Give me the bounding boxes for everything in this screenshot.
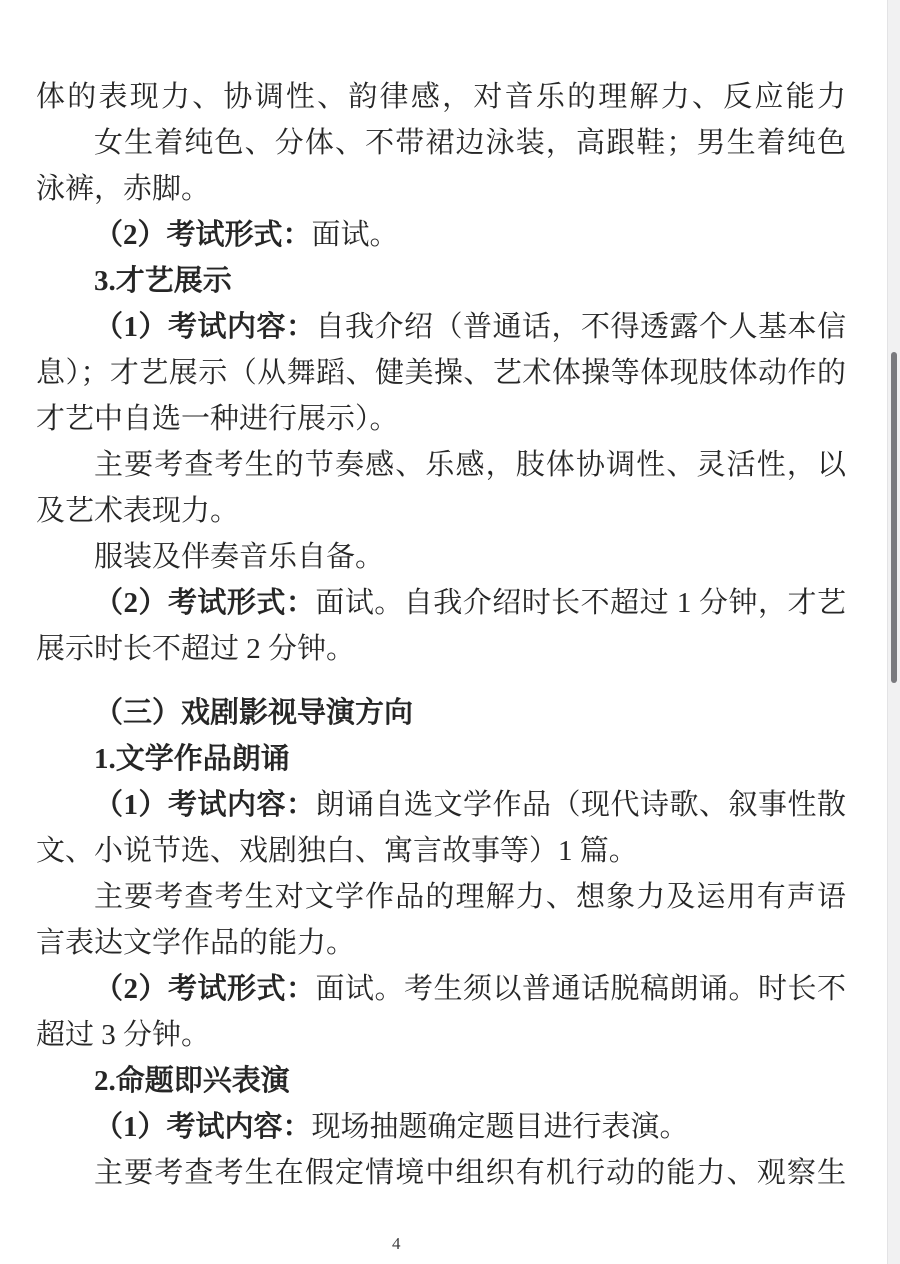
text-line: 及艺术表现力。 [36, 488, 846, 534]
text-line: 主要考查考生的节奏感、乐感，肢体协调性、灵活性，以 [36, 442, 846, 488]
line-bold-text: （三）戏剧影视导演方向 [94, 697, 413, 729]
line-bold-text: （1）考试内容： [94, 1111, 312, 1143]
text-line: 主要考查考生在假定情境中组织有机行动的能力、观察生 [36, 1150, 846, 1196]
text-line: 超过 3 分钟。 [36, 1012, 846, 1058]
document-text-column: 体的表现力、协调性、韵律感，对音乐的理解力、反应能力等。女生着纯色、分体、不带裙… [36, 74, 846, 1196]
line-text: 主要考查考生的节奏感、乐感，肢体协调性、灵活性，以 [94, 449, 846, 481]
document-page: 体的表现力、协调性、韵律感，对音乐的理解力、反应能力等。女生着纯色、分体、不带裙… [0, 0, 886, 1264]
vertical-scrollbar-thumb[interactable] [891, 352, 897, 683]
line-text: 文、小说节选、戏剧独白、寓言故事等）1 篇。 [36, 835, 638, 867]
line-text: 主要考查考生在假定情境中组织有机行动的能力、观察生 [94, 1157, 846, 1189]
line-bold-text: （2）考试形式： [94, 587, 315, 619]
line-text: 及艺术表现力。 [36, 495, 239, 527]
text-line: 文、小说节选、戏剧独白、寓言故事等）1 篇。 [36, 828, 846, 874]
text-line: 主要考查考生对文学作品的理解力、想象力及运用有声语 [36, 874, 846, 920]
line-bold-text: （1）考试内容： [94, 789, 316, 821]
line-bold-text: （1）考试内容： [94, 311, 316, 343]
line-text: 面试。自我介绍时长不超过 1 分钟，才艺 [315, 587, 846, 619]
text-line: （2）考试形式：面试。 [36, 212, 846, 258]
text-line: 2.命题即兴表演 [36, 1058, 846, 1104]
text-line: 女生着纯色、分体、不带裙边泳装，高跟鞋；男生着纯色 [36, 120, 846, 166]
line-text: 主要考查考生对文学作品的理解力、想象力及运用有声语 [94, 881, 846, 913]
line-text: 息）；才艺展示（从舞蹈、健美操、艺术体操等体现肢体动作的 [36, 357, 846, 389]
vertical-scrollbar-track[interactable] [887, 0, 900, 1264]
line-text: 展示时长不超过 2 分钟。 [36, 633, 355, 665]
text-line: 言表达文学作品的能力。 [36, 920, 846, 966]
page-number: 4 [392, 1234, 401, 1254]
line-text: 服装及伴奏音乐自备。 [94, 541, 384, 573]
line-bold-text: （2）考试形式： [94, 973, 316, 1005]
text-line: 体的表现力、协调性、韵律感，对音乐的理解力、反应能力等。 [36, 74, 846, 120]
text-line: 泳裤，赤脚。 [36, 166, 846, 212]
line-text: 言表达文学作品的能力。 [36, 927, 355, 959]
text-line: 息）；才艺展示（从舞蹈、健美操、艺术体操等体现肢体动作的 [36, 350, 846, 396]
line-text: 才艺中自选一种进行展示）。 [36, 403, 399, 435]
text-line: 3.才艺展示 [36, 258, 846, 304]
line-text: 超过 3 分钟。 [36, 1019, 210, 1051]
line-text: 体的表现力、协调性、韵律感，对音乐的理解力、反应能力等。 [36, 81, 846, 120]
line-bold-text: 3.才艺展示 [94, 265, 232, 297]
text-line: （三）戏剧影视导演方向 [36, 690, 846, 736]
text-line: 才艺中自选一种进行展示）。 [36, 396, 846, 442]
text-line: 展示时长不超过 2 分钟。 [36, 626, 846, 672]
text-line: （1）考试内容：自我介绍（普通话，不得透露个人基本信 [36, 304, 846, 350]
text-line: （2）考试形式：面试。自我介绍时长不超过 1 分钟，才艺 [36, 580, 846, 626]
line-text: 朗诵自选文学作品（现代诗歌、叙事性散 [316, 789, 846, 821]
line-bold-text: 2.命题即兴表演 [94, 1065, 290, 1097]
text-line: 服装及伴奏音乐自备。 [36, 534, 846, 580]
line-bold-text: 1.文学作品朗诵 [94, 743, 290, 775]
line-text: 女生着纯色、分体、不带裙边泳装，高跟鞋；男生着纯色 [94, 127, 846, 159]
text-line: （2）考试形式：面试。考生须以普通话脱稿朗诵。时长不 [36, 966, 846, 1012]
line-text: 面试。 [312, 219, 399, 251]
text-line: （1）考试内容：现场抽题确定题目进行表演。 [36, 1104, 846, 1150]
line-bold-text: （2）考试形式： [94, 219, 312, 251]
line-text: 现场抽题确定题目进行表演。 [312, 1111, 689, 1143]
line-text: 自我介绍（普通话，不得透露个人基本信 [316, 311, 846, 343]
line-text: 面试。考生须以普通话脱稿朗诵。时长不 [316, 973, 846, 1005]
line-text: 泳裤，赤脚。 [36, 173, 210, 205]
text-line: 1.文学作品朗诵 [36, 736, 846, 782]
text-line: （1）考试内容：朗诵自选文学作品（现代诗歌、叙事性散 [36, 782, 846, 828]
